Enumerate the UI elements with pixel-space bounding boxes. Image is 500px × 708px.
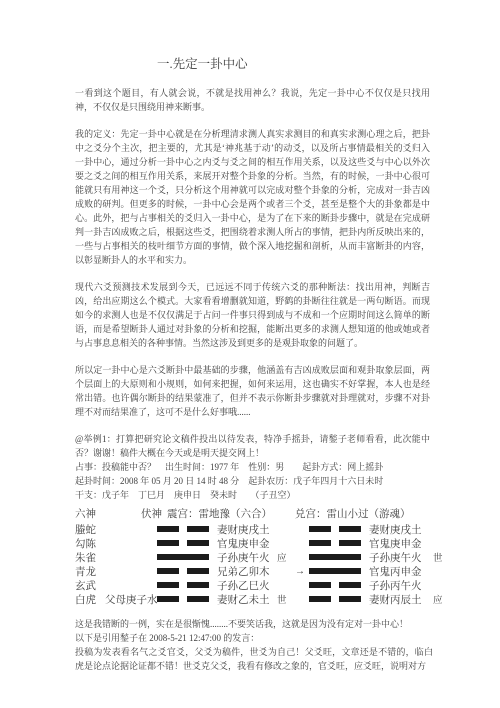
yao-label-right: 子孙庚午火 bbox=[369, 550, 433, 565]
yao-label-right: 妻财丙辰土 bbox=[369, 592, 433, 607]
yao-label-right: 子孙丙午火 bbox=[369, 578, 433, 593]
summary-paragraph: 所以定一卦中心是六爻断卦中最基础的步骤，他涵盖有吉凶成败层面和观卦取象层面，两个… bbox=[75, 363, 430, 419]
hexagram-row: 朱雀 子孙庚午火 应 子孙庚午火 世 bbox=[75, 550, 447, 564]
yao-label-left: 官鬼庚申金 bbox=[217, 536, 277, 551]
hexagram-row: 白虎 父母庚子水 妻财乙未土 世 妻财丙辰土 应 bbox=[75, 592, 447, 606]
shi-ying-mark-right: 应 bbox=[433, 592, 447, 606]
yao-line-left bbox=[157, 526, 209, 532]
yao-line-right bbox=[309, 526, 361, 532]
intro-paragraph: 一看到这个题目，有人就会说，不就是找用神么？我说，先定一卦中心不仅仅是只找用神，… bbox=[75, 86, 430, 114]
ganzhi-line: 干支：戊子年 丁巳月 庚申日 癸未时 （子丑空） bbox=[75, 488, 430, 502]
six-god-name: 螣蛇 bbox=[75, 522, 105, 537]
shi-ying-mark-left: 应 bbox=[277, 550, 291, 564]
yao-label-left: 子孙乙巳火 bbox=[217, 578, 277, 593]
hexagram-header: 六神 伏神 震宫：雷地豫（六合） 兑宫：雷山小过（游魂） bbox=[75, 507, 447, 522]
shi-ying-mark-left: 世 bbox=[277, 592, 291, 606]
yao-label-left: 兄弟乙卯木 bbox=[217, 564, 277, 579]
definition-paragraph: 我的定义：先定一卦中心就是在分析理清求测人真实求测目的和真实求测心理之后，把卦中… bbox=[75, 127, 430, 267]
six-god-name: 勾陈 bbox=[75, 536, 105, 551]
example-block: @举例1：打算把研究论文稿件投出以待发表，特净手摇卦，请鍫子老师看看，此次能中否… bbox=[75, 432, 430, 502]
hidden-spirit-value: 父母庚子水 bbox=[105, 592, 157, 607]
quoted-analysis-text: 投稿为发表看名气之爻官爻，父爻为稿件，世爻为自己！父爻旺，文章还是不错的，临白虎… bbox=[75, 645, 433, 673]
yao-label-right: 官鬼庚申金 bbox=[369, 536, 433, 551]
hexagram-row: 青龙 兄弟乙卯木 → 官鬼丙申金 bbox=[75, 564, 447, 578]
example-intro-line: @举例1：打算把研究论文稿件投出以待发表，特净手摇卦，请鍫子老师看看，此次能中否… bbox=[75, 432, 430, 460]
yao-line-right bbox=[309, 582, 361, 588]
yao-line-left bbox=[157, 568, 209, 574]
yao-line-right bbox=[309, 540, 361, 546]
modern-liuyao-paragraph: 现代六爻预测技术发展到今天，已远远不同于传统六爻的那种断法：找出用神，判断吉凶，… bbox=[75, 280, 430, 350]
main-hexagram-title: 震宫：雷地豫（六合） bbox=[167, 507, 272, 522]
six-god-name: 玄武 bbox=[75, 578, 105, 593]
yao-line-right bbox=[309, 554, 361, 560]
hexagram-chart: 六神 伏神 震宫：雷地豫（六合） 兑宫：雷山小过（游魂） 螣蛇 妻财庚戌土 妻财… bbox=[75, 507, 447, 606]
yao-line-right bbox=[309, 596, 361, 602]
six-god-name: 白虎 bbox=[75, 592, 105, 607]
yao-label-left: 子孙庚午火 bbox=[217, 550, 277, 565]
yao-label-left: 妻财庚戌土 bbox=[217, 522, 277, 537]
moving-line-arrow-icon: → bbox=[291, 566, 309, 577]
hexagram-row: 螣蛇 妻财庚戌土 妻财庚戌土 bbox=[75, 522, 447, 536]
yao-label-right: 妻财庚戌土 bbox=[369, 522, 433, 537]
hexagram-row: 勾陈 官鬼庚申金 官鬼庚申金 bbox=[75, 536, 447, 550]
yao-label-left: 妻财乙未土 bbox=[217, 592, 277, 607]
yao-label-right: 官鬼丙申金 bbox=[369, 564, 433, 579]
yao-line-left bbox=[157, 554, 209, 560]
mistake-admission-line: 这是我错断的一例，实在是很惭愧........不要笑话我，这就是因为没有定对一卦… bbox=[75, 617, 433, 631]
casting-time-line: 起卦时间：2008 年 05 月 20 日 14 时 48 分 起卦农历：戊子年… bbox=[75, 474, 430, 488]
quote-attribution-line: 以下是引用鍫子在 2008-5-21 12:47:00 的发言： bbox=[75, 631, 433, 645]
divination-topic-line: 占事：投稿能中否？ 出生时间：1977 年 性别：男 起卦方式：网上摇卦 bbox=[75, 460, 430, 474]
hidden-spirit-column-header: 伏神 bbox=[141, 507, 162, 522]
hexagram-row: 玄武 子孙乙巳火 子孙丙午火 bbox=[75, 578, 447, 592]
yao-line-right bbox=[309, 568, 361, 574]
closing-block: 这是我错断的一例，实在是很惭愧........不要笑话我，这就是因为没有定对一卦… bbox=[75, 617, 433, 673]
changed-hexagram-title: 兑宫：雷山小过（游魂） bbox=[295, 507, 411, 522]
page-title: 一.先定一卦中心 bbox=[75, 56, 430, 72]
six-gods-column-header: 六神 bbox=[75, 507, 96, 522]
yao-line-left bbox=[157, 582, 209, 588]
six-god-name: 朱雀 bbox=[75, 550, 105, 565]
yao-line-left bbox=[157, 596, 209, 602]
shi-ying-mark-right: 世 bbox=[433, 550, 447, 564]
document-page: 一.先定一卦中心 一看到这个题目，有人就会说，不就是找用神么？我说，先定一卦中心… bbox=[0, 0, 500, 708]
six-god-name: 青龙 bbox=[75, 564, 105, 579]
yao-line-left bbox=[157, 540, 209, 546]
